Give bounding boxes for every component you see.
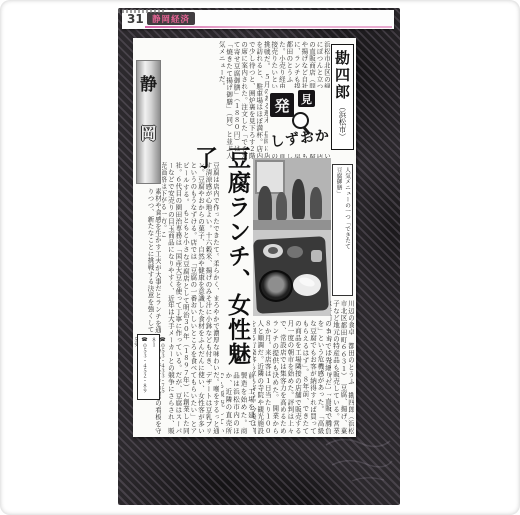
photo-mid-bowl [287,246,303,258]
tiny-edition-marks [118,9,164,13]
column-title-location: （浜松市） [337,103,348,141]
photo-small-plate [263,244,283,258]
column-title: 勘四郎 [332,50,353,101]
pink-rule [145,26,392,29]
screenshot-card: 31 静岡経済 静 岡 浜松市北区の緑に囲まれた都田川沿いにぽつんと立つ古い民家… [0,0,520,515]
photo-large-bowl [259,270,293,302]
faint-handwriting-marks [322,431,394,489]
photo-caption-line1: 人気メニューの一つ「できたて [343,167,351,293]
photo-caption-line2: 豆腐御膳」 [334,167,342,293]
photo-cup [311,250,322,262]
restaurant-photo [253,158,331,316]
newspaper-clipping: 静 岡 浜松市北区の緑に囲まれた都田川沿いにぽつんと立つ古い民家。老舗豆腐店の直… [133,38,356,437]
stamp-char-2: 見 [298,90,315,107]
article-text-middle-left: 豆腐は店内で作ったできたて。柔らかく、まろやかで濃厚な味わいだ。喉をするっと通す… [162,162,219,434]
photo-caption-box: 人気メニューの一つ「できたて 豆腐御膳」 [332,164,353,296]
person-silhouette [310,187,322,219]
stamp-script-text: しずおか [269,124,331,151]
column-title-box: 勘四郎 （浜松市） [331,44,354,150]
article-text-under-headline: 前、工場を建て、製造を始めた。商品は浜松市内のほか、近隣の直売所でも販売している… [221,372,254,434]
stamp-char-1: 発 [270,93,294,117]
page-number: 31 [127,12,144,26]
photo-table-band [253,220,331,230]
contact-phone-line2: ☎０５３・４５２・８９５９ [133,337,149,397]
person-silhouette [276,192,287,220]
shizuoka-masthead-bar: 静 岡 [136,60,161,184]
contact-phone-line1: ☎０５３・４３３・７５８１ [149,337,167,397]
article-text-store-info: 川辺の食卓 都田のとうふ 勘四郎（浜松市北区都田町６６３１） 豆腐、揚げ、菓子な… [330,300,354,434]
person-silhouette [258,186,272,222]
section-label-box: 静岡経済 [147,12,195,25]
contact-phone-box: ☎０５３・４３３・７５８１ ☎０５３・４５２・８９５９ [137,334,160,400]
article-text-below-photo: のままでは先細りだ」「直販で勝負を」という危機感があった。 「高級な豆腐でもお客… [253,320,331,434]
section-label: 静岡経済 [152,13,190,25]
masthead-char-top: 静 [140,70,157,95]
article-headline: 豆腐ランチ、女性魅了 [221,146,254,370]
masthead-char-bottom: 岡 [140,121,156,144]
person-silhouette [292,179,305,219]
hakken-shizuoka-stamp: 発 見 しずおか [268,88,330,154]
